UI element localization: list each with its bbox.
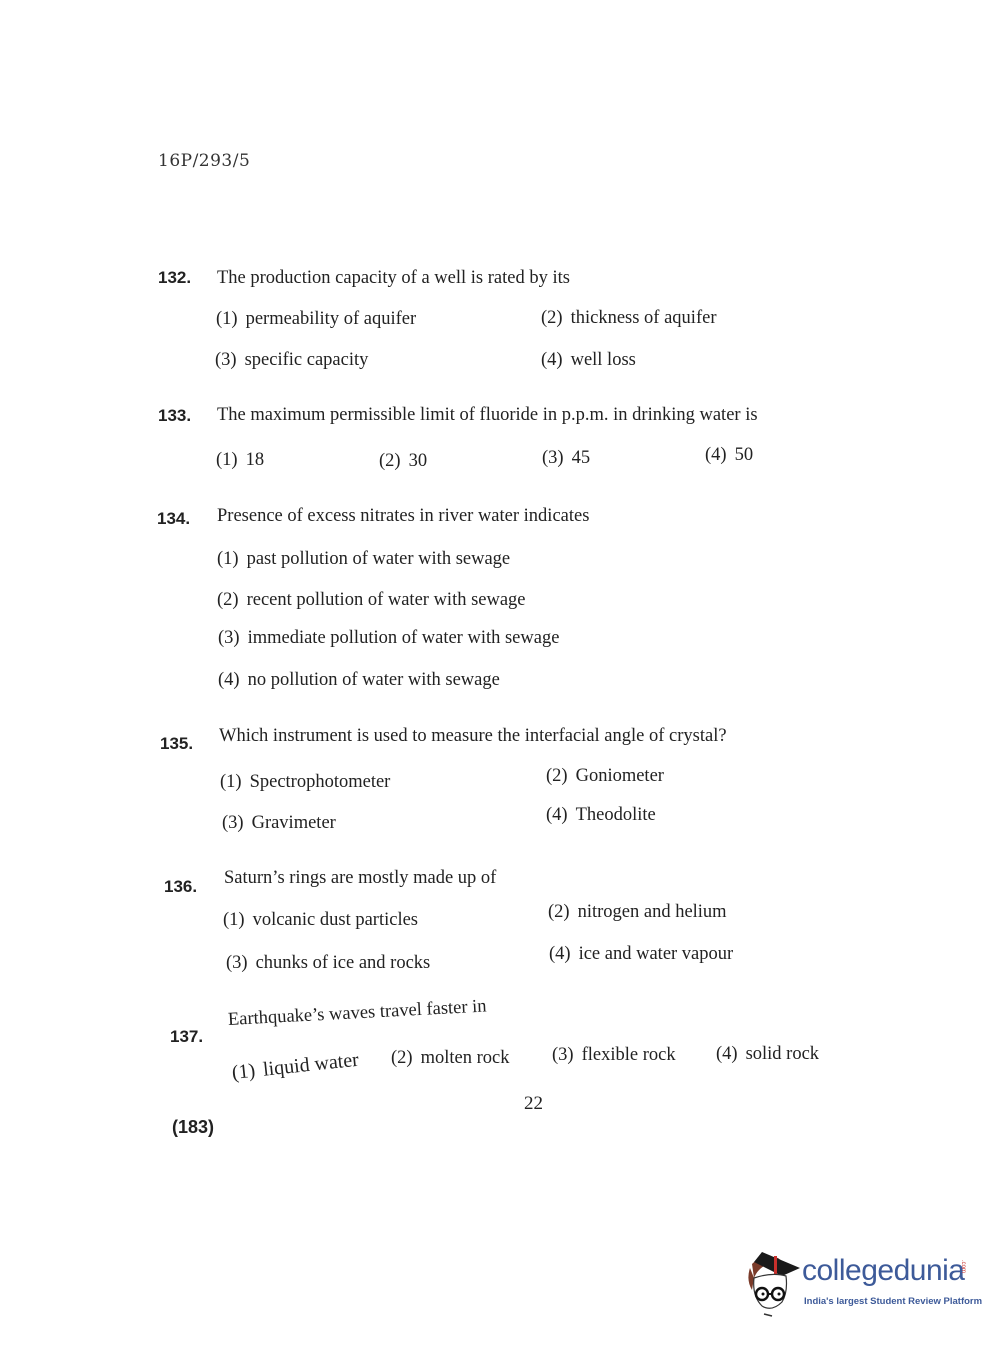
question-text: The production capacity of a well is rat… xyxy=(217,268,570,289)
question-number: 134. xyxy=(157,509,190,529)
option-1: (1)volcanic dust particles xyxy=(223,910,418,931)
question-text: Earthquake’s waves travel faster in xyxy=(227,996,487,1031)
option-3: (3)immediate pollution of water with sew… xyxy=(218,628,559,649)
option-2: (2)Goniometer xyxy=(546,766,664,787)
option-4: (4)well loss xyxy=(541,350,636,371)
question-number: 135. xyxy=(160,734,193,754)
option-1: (1)permeability of aquifer xyxy=(216,309,416,330)
option-4: (4)50 xyxy=(705,445,753,466)
option-3: (3)flexible rock xyxy=(552,1045,676,1066)
question-number: 132. xyxy=(158,268,191,288)
question-text: Which instrument is used to measure the … xyxy=(219,726,727,747)
question-text: The maximum permissible limit of fluorid… xyxy=(217,405,758,426)
option-2: (2)recent pollution of water with sewage xyxy=(217,590,526,611)
paper-code: 16P/293/5 xyxy=(158,151,250,171)
option-3: (3)Gravimeter xyxy=(222,813,336,834)
option-4: (4)Theodolite xyxy=(546,805,656,826)
option-1: (1)Spectrophotometer xyxy=(220,772,390,793)
page-number: 22 xyxy=(524,1093,543,1115)
question-number: 137. xyxy=(170,1027,203,1047)
option-3: (3)specific capacity xyxy=(215,350,368,371)
option-4: (4)ice and water vapour xyxy=(549,944,733,965)
option-1: (1)past pollution of water with sewage xyxy=(217,549,510,570)
option-3: (3)45 xyxy=(542,448,590,469)
option-2: (2)molten rock xyxy=(391,1048,509,1069)
brand-suffix: .com xyxy=(960,1260,966,1273)
question-number: 136. xyxy=(164,877,197,897)
brand-name: collegedunia xyxy=(802,1254,964,1288)
question-text: Presence of excess nitrates in river wat… xyxy=(217,506,589,527)
option-4: (4)solid rock xyxy=(716,1044,819,1065)
option-1: (1)liquid water xyxy=(231,1049,360,1085)
brand-tagline: India's largest Student Review Platform xyxy=(804,1296,982,1307)
collegedunia-watermark: collegedunia .com India's largest Studen… xyxy=(742,1250,972,1320)
option-3: (3)chunks of ice and rocks xyxy=(226,953,430,974)
option-2: (2)nitrogen and helium xyxy=(548,902,727,923)
mascot-icon xyxy=(742,1250,800,1318)
option-1: (1)18 xyxy=(216,450,264,471)
footer-code: (183) xyxy=(172,1117,214,1138)
option-2: (2)30 xyxy=(379,451,427,472)
option-2: (2)thickness of aquifer xyxy=(541,308,716,329)
option-4: (4)no pollution of water with sewage xyxy=(218,670,500,691)
question-number: 133. xyxy=(158,406,191,426)
question-text: Saturn’s rings are mostly made up of xyxy=(224,868,496,889)
